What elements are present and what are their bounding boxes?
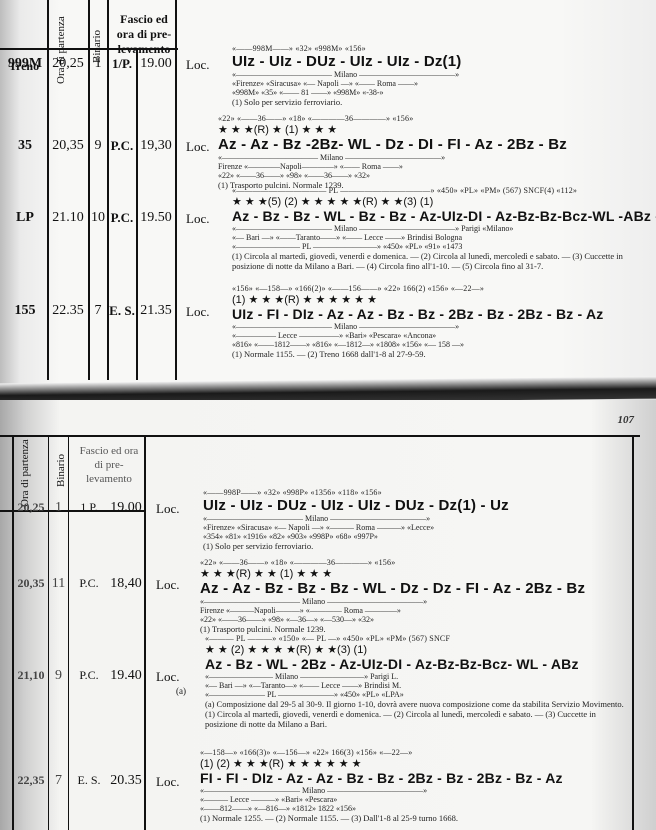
train-number: LP [4, 210, 46, 226]
pickup-time: 19,30 [137, 138, 175, 154]
composition-block: «22» «——36——» «18» «————36————» «156» ★ … [218, 114, 652, 190]
platform: 1 [49, 500, 68, 516]
upper-services: «——————————— PL ———————————» «450» «PL» … [232, 186, 654, 195]
departure-time: 22,35 [14, 773, 48, 788]
loc-label: Loc. [156, 669, 179, 685]
loc-label: Loc. [186, 304, 209, 320]
bottom-page: 107 Ora di partenza Binario Fascio ed or… [0, 400, 656, 830]
composition-block: «—158—» «166(3)» «—156—» «22» 166(3) «15… [200, 748, 632, 823]
departure-time: 20,25 [48, 56, 88, 72]
star-markers: (1) (2) ★ ★ ★(R) ★ ★ ★ ★ ★ ★ [200, 757, 632, 770]
route-line: Firenze «———Napoli———» «———— Roma ————» [200, 606, 632, 615]
yard: P.C. [108, 210, 136, 226]
upper-services: «156» «—158—» «166(2)» «——156——» «22» 16… [232, 284, 654, 293]
route-line: «———————————— Milano ————————————» [200, 786, 632, 795]
car-composition: UIz - UIz - DUz - UIz - UIz - DUz - Dz(1… [203, 497, 633, 514]
footnote: (a) Composizione dal 29-5 al 30-9. Il gi… [205, 699, 625, 709]
route-line: «998M» «35» «—— 81 ——» «998M» «-38-» [232, 88, 652, 97]
top-page: Treno Ora di partenza Binario Fascio ed … [0, 0, 656, 395]
route-line: «22» «——36——» «98» «—36—» «—530—» «32» [200, 615, 632, 624]
header-ora-partenza: Ora di partenza [56, 6, 82, 94]
yard: P.C. [108, 138, 136, 154]
upper-services: «——998P——» «32» «998P» «1356» «118» «156… [203, 488, 633, 497]
star-markers: ★ ★ ★(R) ★ ★ (1) ★ ★ ★ [200, 567, 632, 580]
platform: 7 [89, 303, 107, 319]
departure-time: 20,35 [14, 576, 48, 591]
route-line: «———————————— Milano ————————————» [232, 322, 654, 331]
route-line: «22» «——36——» «98» «——36——» «32» [218, 171, 652, 180]
yard: P.C. [72, 668, 106, 683]
route-line: «———————————— Milano ————————————» [218, 153, 652, 162]
platform: 1 [89, 56, 107, 72]
departure-time: 20,35 [48, 138, 88, 154]
route-line: «———————————— Milano ————————————» [200, 597, 632, 606]
yard: 1 P. [72, 500, 106, 515]
route-line: «———————————— Milano ————————————» Parig… [232, 224, 654, 233]
loc-label: Loc. [156, 577, 179, 593]
train-number: 35 [4, 138, 46, 154]
route-line: «———————————— Milano ————————————» [203, 514, 633, 523]
route-line: «Firenze» «Siracusa» «— Napoli —» «——— R… [203, 523, 633, 532]
composition-block: «——— PL ———» «150» «— PL —» «450» «PL» «… [205, 634, 625, 729]
star-markers: (1) ★ ★ ★(R) ★ ★ ★ ★ ★ ★ [232, 293, 654, 306]
yard: 1/P. [108, 56, 136, 72]
upper-services: «22» «——36——» «18» «————36————» «156» [218, 114, 652, 123]
footnote: (1) Solo per servizio ferroviario. [232, 97, 652, 107]
platform: 11 [49, 576, 68, 592]
col-divider [175, 0, 177, 380]
car-composition: Az - Az - Bz - Bz - Bz - WL - Dz - Dz - … [200, 580, 632, 597]
composition-block: «——————————— PL ———————————» «450» «PL» … [232, 186, 654, 271]
train-number: 999M [4, 56, 46, 72]
route-line: «———————————— Milano ————————————» [232, 70, 652, 79]
pickup-time: 19.00 [137, 56, 175, 72]
top-rule [0, 435, 640, 437]
pickup-time: 20.35 [108, 773, 144, 789]
composition-block: «22» «——36——» «18» «————36————» «156» ★ … [200, 558, 632, 634]
pickup-time: 19.40 [108, 668, 144, 684]
footnote: (1) Circola al martedì, giovedì, venerdì… [205, 709, 625, 729]
departure-time: 20,25 [14, 500, 48, 515]
upper-services: «—158—» «166(3)» «—156—» «22» 166(3) «15… [200, 748, 632, 757]
departure-time: 22.35 [48, 303, 88, 319]
platform: 9 [89, 138, 107, 154]
car-composition: UIz - FI - DIz - Az - Az - Bz - Bz - 2Bz… [232, 306, 654, 322]
route-line: «————— Lecce —————» «Bari» «Pescara» «An… [232, 331, 654, 340]
composition-block: «——998M——» «32» «998M» «156» UIz - UIz -… [232, 44, 652, 107]
composition-block: «——998P——» «32» «998P» «1356» «118» «156… [203, 488, 633, 551]
platform: 9 [49, 668, 68, 684]
route-line: «——— Lecce ———» «Bari» «Pescara» [200, 795, 632, 804]
car-composition: Az - Az - Bz -2Bz- WL - Dz - DI - FI - A… [218, 136, 652, 153]
loc-label: Loc. [156, 501, 179, 517]
car-composition: FI - FI - DIz - Az - Az - Bz - Bz - 2Bz … [200, 770, 632, 786]
train-number: 155 [4, 303, 46, 319]
pickup-time: 18,40 [108, 576, 144, 592]
page-number: 107 [618, 414, 635, 426]
header-fascio: Fascio ed ora di pre-levamento [76, 444, 142, 486]
loc-label: Loc. [156, 774, 179, 790]
header-fascio: Fascio ed ora di pre-levamento [112, 12, 176, 57]
pickup-time: 21.35 [137, 303, 175, 319]
loc-label: Loc. [186, 211, 209, 227]
car-composition: Az - Bz - Bz - WL - Bz - Bz - Az-UIz-DI … [232, 208, 654, 224]
departure-time: 21,10 [14, 668, 48, 683]
yard: E. S. [72, 773, 106, 788]
col-divider [12, 435, 14, 830]
footnote: (1) Normale 1255. — (2) Normale 1155. — … [200, 813, 632, 823]
upper-services: «——— PL ———» «150» «— PL —» «450» «PL» «… [205, 634, 625, 643]
platform: 7 [49, 773, 68, 789]
col-divider [144, 435, 146, 830]
star-markers: ★ ★ (2) ★ ★ ★ ★(R) ★ ★(3) (1) [205, 643, 625, 656]
loc-note-marker: (a) [176, 686, 186, 696]
route-line: «———————— PL ————————» «450» «PL» «91» «… [232, 242, 654, 251]
footnote: (1) Circola al martedì, giovedì, venerdì… [232, 251, 654, 271]
route-line: «——————— PL ———————» «450» «PL» «LPA» [205, 690, 625, 699]
loc-label: Loc. [186, 57, 209, 73]
car-composition: UIz - UIz - DUz - UIz - UIz - Dz(1) [232, 53, 652, 70]
loc-label: Loc. [186, 139, 209, 155]
route-line: «— Bari —» «——Taranto——» «—— Lecce ——» B… [232, 233, 654, 242]
route-line: «— Bari —» «—Taranto—» «—— Lecce ——» Bri… [205, 681, 625, 690]
star-markers: ★ ★ ★(R) ★ (1) ★ ★ ★ [218, 123, 652, 136]
col-divider [48, 435, 49, 830]
yard: P.C. [72, 576, 106, 591]
composition-block: «156» «—158—» «166(2)» «——156——» «22» 16… [232, 284, 654, 359]
route-line: «——812——» «—816—» «1812» 1822 «156» [200, 804, 632, 813]
pickup-time: 19.50 [137, 210, 175, 226]
departure-time: 21.10 [48, 210, 88, 226]
upper-services: «——998M——» «32» «998M» «156» [232, 44, 652, 53]
yard: E. S. [108, 303, 136, 319]
footnote: (1) Trasporto pulcini. Normale 1239. [200, 624, 632, 634]
car-composition: Az - Bz - WL - 2Bz - Az-UIz-DI - Az-Bz-B… [205, 656, 625, 672]
star-markers: ★ ★ ★(5) (2) ★ ★ ★ ★ ★(R) ★ ★(3) (1) [232, 195, 654, 208]
footnote: (1) Normale 1155. — (2) Treno 1668 dall'… [232, 349, 654, 359]
route-line: Firenze «————Napoli————» «—— Roma ——» [218, 162, 652, 171]
upper-services: «22» «——36——» «18» «————36————» «156» [200, 558, 632, 567]
footnote: (1) Solo per servizio ferroviario. [203, 541, 633, 551]
route-line: «———————— Milano ————————» Parigi L. [205, 672, 625, 681]
platform: 10 [89, 210, 107, 226]
route-line: «354» «81» «1916» «82» «903» «998P» «68»… [203, 532, 633, 541]
route-line: «816» «——1812——» «816» «—1812—» «1808» «… [232, 340, 654, 349]
header-ora-partenza: Ora di partenza [20, 438, 46, 508]
route-line: «Firenze» «Siracusa» «— Napoli —» «—— Ro… [232, 79, 652, 88]
pickup-time: 19.00 [108, 500, 144, 516]
col-divider [68, 435, 69, 830]
